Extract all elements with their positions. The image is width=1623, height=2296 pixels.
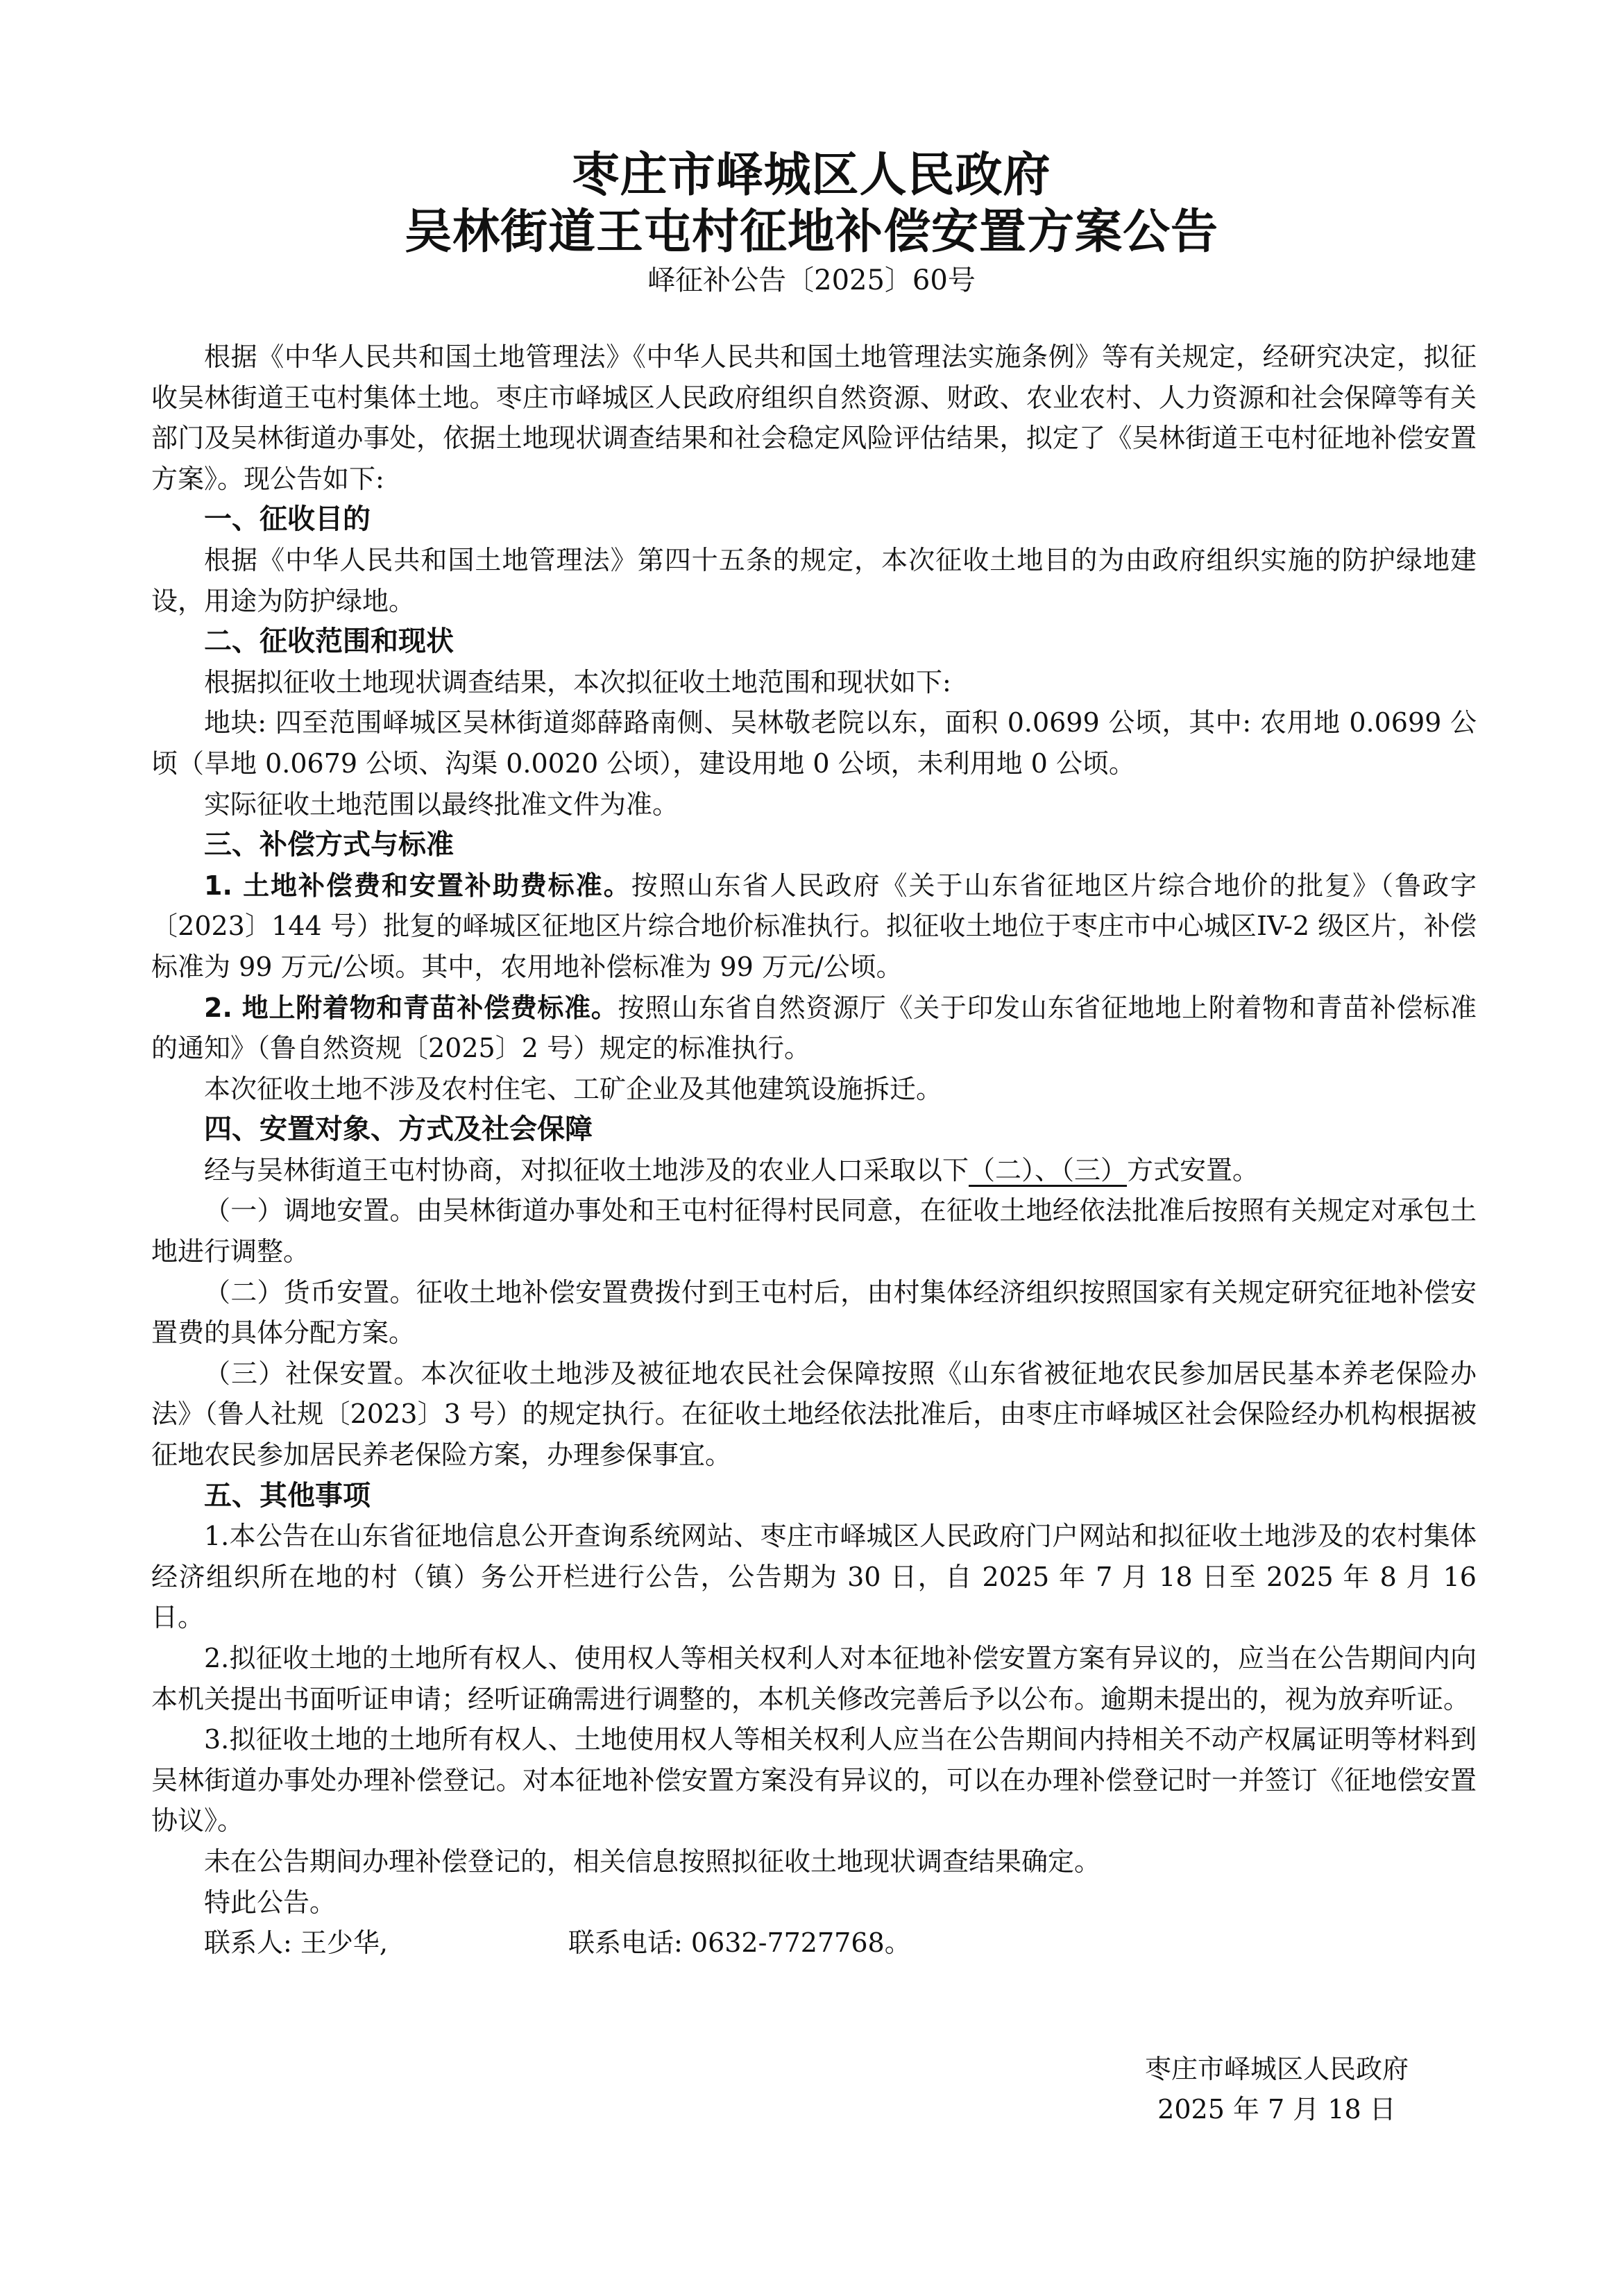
section-heading-other: 五、其他事项	[151, 1476, 1477, 1517]
paragraph: 2.拟征收土地的土地所有权人、使用权人等相关权利人对本征地补偿安置方案有异议的，…	[151, 1638, 1477, 1719]
section-heading-compensation: 三、补偿方式与标准	[151, 825, 1477, 866]
document-page: 枣庄市峄城区人民政府 吴林街道王屯村征地补偿安置方案公告 峄征补公告〔2025〕…	[0, 0, 1623, 2296]
paragraph: （三）社保安置。本次征收土地涉及被征地农民社会保障按照《山东省被征地农民参加居民…	[151, 1353, 1477, 1476]
underlined-methods: （二）、（三）	[969, 1155, 1127, 1185]
paragraph: 本次征收土地不涉及农村住宅、工矿企业及其他建筑设施拆迁。	[151, 1069, 1477, 1110]
paragraph: 1.本公告在山东省征地信息公开查询系统网站、枣庄市峄城区人民政府门户网站和拟征收…	[151, 1516, 1477, 1638]
compensation-item-attachments: 2. 地上附着物和青苗补偿费标准。按照山东省自然资源厅《关于印发山东省征地地上附…	[151, 988, 1477, 1069]
contact-person-label: 联系人:	[204, 1927, 292, 1958]
closing-statement: 特此公告。	[151, 1882, 1477, 1923]
intro-paragraph: 根据《中华人民共和国土地管理法》《中华人民共和国土地管理法实施条例》等有关规定，…	[151, 337, 1477, 499]
paragraph: 根据《中华人民共和国土地管理法》第四十五条的规定，本次征收土地目的为由政府组织实…	[151, 540, 1477, 621]
signature-org: 枣庄市峄城区人民政府	[1124, 2048, 1429, 2086]
contact-phone-label: 联系电话:	[568, 1927, 683, 1958]
title-subject: 吴林街道王屯村征地补偿安置方案公告	[0, 194, 1623, 262]
paragraph: 3.拟征收土地的土地所有权人、土地使用权人等相关权利人应当在公告期间内持相关不动…	[151, 1719, 1477, 1841]
section-heading-purpose: 一、征收目的	[151, 499, 1477, 540]
paragraph: 根据拟征收土地现状调查结果，本次拟征收土地范围和现状如下:	[151, 662, 1477, 703]
contact-person-name: 王少华,	[300, 1927, 388, 1958]
compensation-item-land: 1. 土地补偿费和安置补助费标准。按照山东省人民政府《关于山东省征地区片综合地价…	[151, 866, 1477, 988]
paragraph: 实际征收土地范围以最终批准文件为准。	[151, 784, 1477, 825]
signature-date: 2025 年 7 月 18 日	[1124, 2088, 1429, 2126]
lead-text: 方式安置。	[1127, 1155, 1259, 1185]
paragraph: 未在公告期间办理补偿登记的，相关信息按照拟征收土地现状调查结果确定。	[151, 1841, 1477, 1882]
document-body: 根据《中华人民共和国土地管理法》《中华人民共和国土地管理法实施条例》等有关规定，…	[151, 337, 1477, 1964]
document-number: 峄征补公告〔2025〕60号	[0, 258, 1623, 298]
paragraph: （一）调地安置。由吴林街道办事处和王屯村征得村民同意，在征收土地经依法批准后按照…	[151, 1190, 1477, 1272]
lead-text: 经与吴林街道王屯村协商，对拟征收土地涉及的农业人口采取以下	[204, 1155, 969, 1185]
resettlement-lead: 经与吴林街道王屯村协商，对拟征收土地涉及的农业人口采取以下（二）、（三）方式安置…	[151, 1150, 1477, 1191]
contact-phone: 0632-7727768。	[691, 1927, 911, 1958]
paragraph: （二）货币安置。征收土地补偿安置费拨付到王屯村后，由村集体经济组织按照国家有关规…	[151, 1272, 1477, 1353]
item-lead: 1. 土地补偿费和安置补助费标准。	[204, 870, 631, 901]
section-heading-resettlement: 四、安置对象、方式及社会保障	[151, 1109, 1477, 1150]
item-lead: 2. 地上附着物和青苗补偿费标准。	[204, 993, 618, 1023]
paragraph-land-parcel: 地块: 四至范围峄城区吴林街道郯薛路南侧、吴林敬老院以东，面积 0.0699 公…	[151, 702, 1477, 784]
section-heading-scope: 二、征收范围和现状	[151, 621, 1477, 662]
contact-line: 联系人: 王少华,联系电话: 0632-7727768。	[151, 1923, 1477, 1964]
